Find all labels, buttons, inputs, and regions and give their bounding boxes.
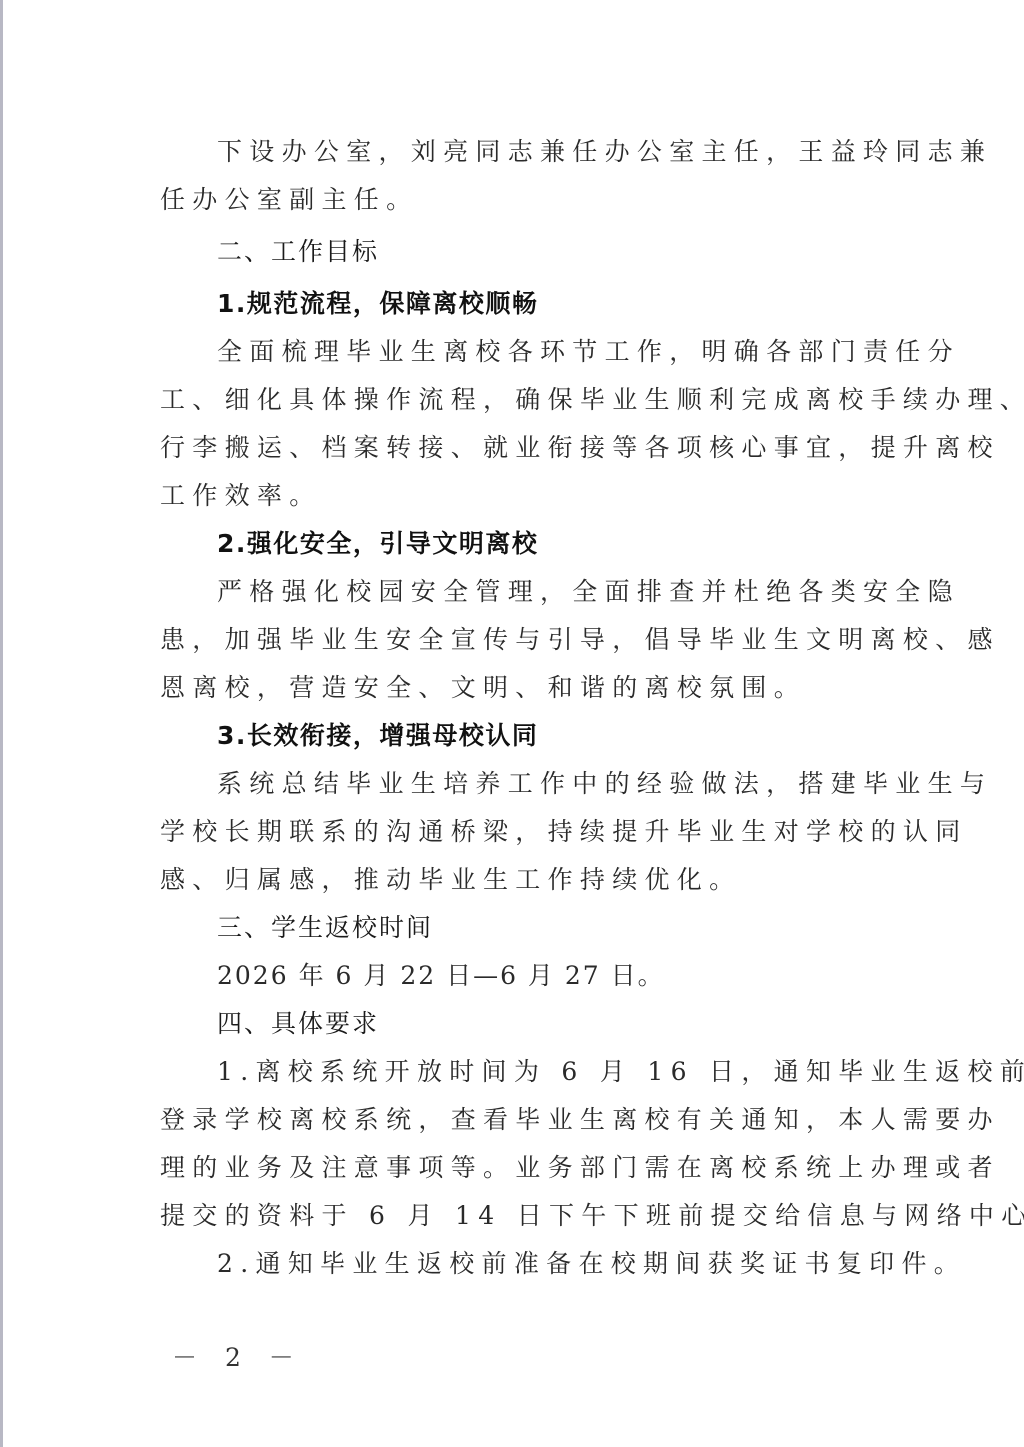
body-line: 1.离校系统开放时间为 6 月 16 日，通知毕业生返校前 <box>160 1048 872 1096</box>
subheading-goal-3: 3.长效衔接，增强母校认同 <box>160 712 872 760</box>
subheading-goal-2: 2.强化安全，引导文明离校 <box>160 520 872 568</box>
section-heading-goals: 二、工作目标 <box>160 228 872 276</box>
body-line: 工、细化具体操作流程，确保毕业生顺利完成离校手续办理、 <box>160 376 872 424</box>
body-line: 2.通知毕业生返校前准备在校期间获奖证书复印件。 <box>160 1240 872 1288</box>
section-heading-return-time: 三、学生返校时间 <box>160 904 872 952</box>
scan-edge <box>0 0 3 1447</box>
document-page: 下设办公室，刘亮同志兼任办公室主任，王益玲同志兼 任办公室副主任。 二、工作目标… <box>160 128 872 1288</box>
body-line: 学校长期联系的沟通桥梁，持续提升毕业生对学校的认同 <box>160 808 872 856</box>
subheading-goal-1: 1.规范流程，保障离校顺畅 <box>160 280 872 328</box>
page-number: － 2 － <box>172 1338 304 1374</box>
body-line: 系统总结毕业生培养工作中的经验做法，搭建毕业生与 <box>160 760 872 808</box>
body-line: 严格强化校园安全管理，全面排查并杜绝各类安全隐 <box>160 568 872 616</box>
body-line: 恩离校，营造安全、文明、和谐的离校氛围。 <box>160 664 872 712</box>
body-line: 全面梳理毕业生离校各环节工作，明确各部门责任分 <box>160 328 872 376</box>
body-line: 感、归属感，推动毕业生工作持续优化。 <box>160 856 872 904</box>
body-line: 下设办公室，刘亮同志兼任办公室主任，王益玲同志兼 <box>160 128 872 176</box>
return-date-range: 2026 年 6 月 22 日—6 月 27 日。 <box>160 952 872 1000</box>
body-line: 工作效率。 <box>160 472 872 520</box>
section-heading-requirements: 四、具体要求 <box>160 1000 872 1048</box>
body-line: 理的业务及注意事项等。业务部门需在离校系统上办理或者 <box>160 1144 872 1192</box>
body-line: 行李搬运、档案转接、就业衔接等各项核心事宜，提升离校 <box>160 424 872 472</box>
body-line: 患，加强毕业生安全宣传与引导，倡导毕业生文明离校、感 <box>160 616 872 664</box>
body-line: 登录学校离校系统，查看毕业生离校有关通知，本人需要办 <box>160 1096 872 1144</box>
body-line: 提交的资料于 6 月 14 日下午下班前提交给信息与网络中心。 <box>160 1192 872 1240</box>
body-line: 任办公室副主任。 <box>160 176 872 224</box>
